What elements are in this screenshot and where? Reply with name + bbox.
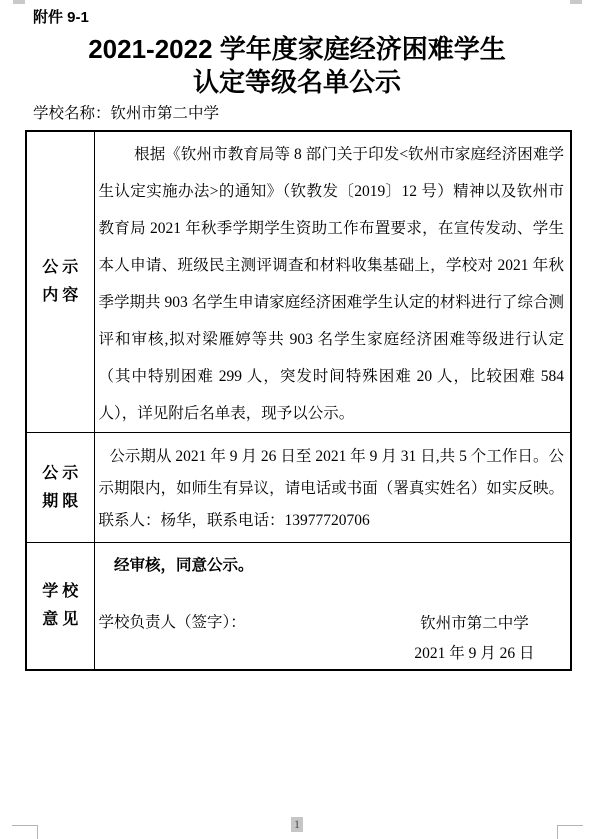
row-label-line1: 学 校	[27, 578, 94, 606]
margin-mark-top-left-icon	[13, 0, 25, 4]
document-title-line1: 2021-2022 学年度家庭经济困难学生	[0, 33, 594, 66]
row-label-school-opinion: 学 校 意 见	[26, 543, 94, 671]
margin-mark-top-right-icon	[570, 0, 582, 4]
table-row-school-opinion: 学 校 意 见 经审核，同意公示。 学校负责人（签字）： 钦州市第二中学 202…	[26, 543, 571, 671]
approval-statement: 经审核，同意公示。	[99, 551, 565, 581]
cell-public-period: 公示期从 2021 年 9 月 26 日至 2021 年 9 月 31 日,共 …	[94, 433, 571, 543]
margin-mark-bottom-left-icon	[12, 825, 38, 839]
margin-mark-bottom-right-icon	[557, 825, 583, 839]
table-row-public-period: 公 示 期 限 公示期从 2021 年 9 月 26 日至 2021 年 9 月…	[26, 433, 571, 543]
signer-label: 学校负责人（签字）：	[99, 609, 246, 637]
page-number-field: 1	[291, 817, 303, 832]
row-label-public-period: 公 示 期 限	[26, 433, 94, 543]
document-title: 2021-2022 学年度家庭经济困难学生 认定等级名单公示	[0, 33, 594, 99]
row-label-line2: 意 见	[27, 606, 94, 634]
row-label-line1: 公 示	[27, 460, 94, 488]
row-label-line2: 期 限	[27, 488, 94, 516]
public-content-paragraph: 根据《钦州市教育局等 8 部门关于印发<钦州市家庭经济困难学生认定实施办法>的通…	[99, 136, 565, 432]
signature-block: 钦州市第二中学 2021 年 9 月 26 日	[387, 609, 562, 669]
row-label-line2: 内 容	[27, 282, 94, 310]
row-label-public-content: 公 示 内 容	[26, 131, 94, 433]
attachment-label: 附件 9-1	[33, 8, 594, 28]
signature-row: 学校负责人（签字）： 钦州市第二中学 2021 年 9 月 26 日	[99, 609, 565, 669]
signature-school-name: 钦州市第二中学	[387, 609, 562, 639]
document-title-line2: 认定等级名单公示	[0, 66, 594, 99]
cell-school-opinion: 经审核，同意公示。 学校负责人（签字）： 钦州市第二中学 2021 年 9 月 …	[94, 543, 571, 671]
public-period-paragraph: 公示期从 2021 年 9 月 26 日至 2021 年 9 月 31 日,共 …	[99, 441, 565, 537]
row-label-line1: 公 示	[27, 254, 94, 282]
signature-date: 2021 年 9 月 26 日	[387, 639, 562, 669]
notice-table: 公 示 内 容 根据《钦州市教育局等 8 部门关于印发<钦州市家庭经济困难学生认…	[25, 130, 572, 671]
table-row-public-content: 公 示 内 容 根据《钦州市教育局等 8 部门关于印发<钦州市家庭经济困难学生认…	[26, 131, 571, 433]
cell-public-content: 根据《钦州市教育局等 8 部门关于印发<钦州市家庭经济困难学生认定实施办法>的通…	[94, 131, 571, 433]
document-page: 附件 9-1 2021-2022 学年度家庭经济困难学生 认定等级名单公示 学校…	[0, 0, 594, 839]
school-name-line: 学校名称：钦州市第二中学	[33, 103, 594, 125]
